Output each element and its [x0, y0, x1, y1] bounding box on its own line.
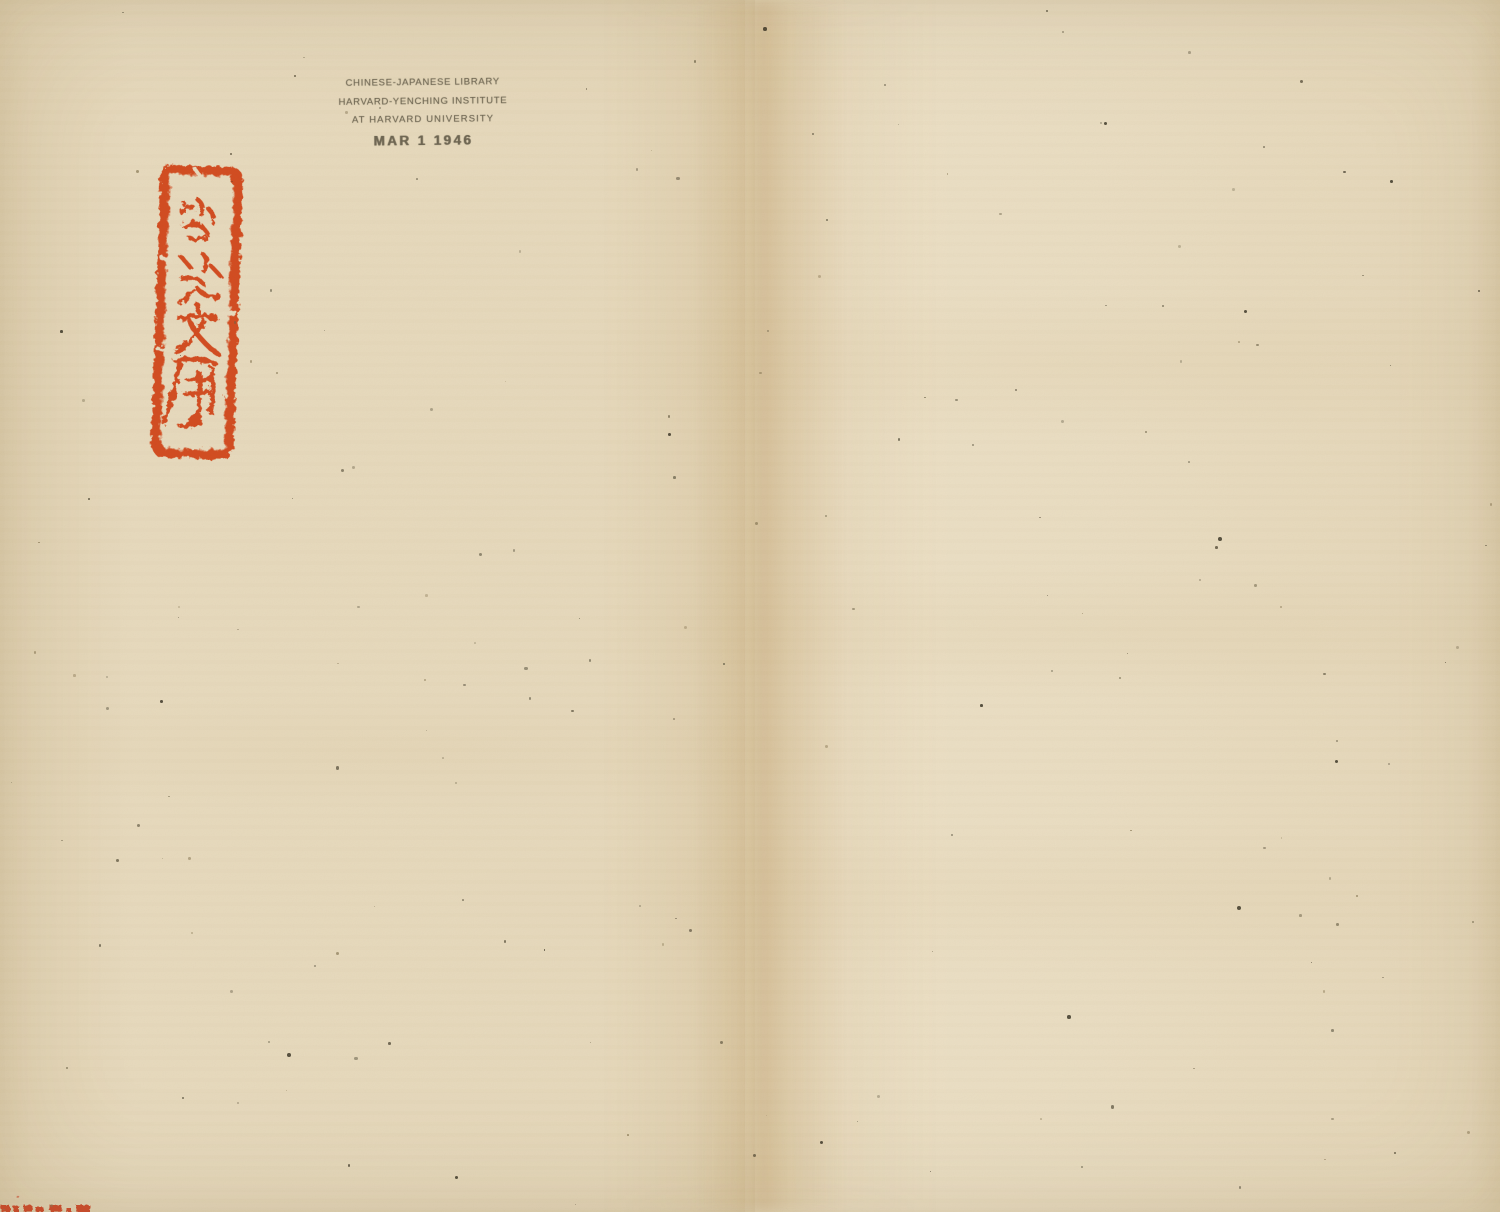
- paper-speck: [684, 626, 687, 629]
- paper-speck: [857, 1121, 858, 1122]
- paper-speck: [237, 1102, 239, 1104]
- paper-speck: [1188, 51, 1191, 54]
- paper-speck: [999, 213, 1002, 216]
- seal-character-3: [176, 303, 221, 354]
- paper-speck: [188, 857, 191, 860]
- paper-speck: [1215, 546, 1218, 549]
- paper-speck: [676, 177, 679, 180]
- paper-speck: [723, 663, 725, 665]
- paper-speck: [34, 651, 37, 654]
- paper-speck: [1145, 431, 1147, 433]
- stamp-line-3: AT HARVARD UNIVERSITY: [337, 110, 509, 130]
- paper-speck: [951, 834, 953, 836]
- paper-speck: [1281, 837, 1282, 838]
- paper-speck: [877, 1095, 880, 1098]
- seal-character-2: [179, 252, 221, 303]
- paper-speck: [1394, 1152, 1396, 1154]
- paper-speck: [575, 1204, 577, 1206]
- paper-speck: [1324, 1159, 1325, 1160]
- paper-speck: [1105, 305, 1107, 307]
- paper-speck: [1244, 310, 1247, 313]
- paper-speck: [341, 469, 344, 472]
- paper-speck: [673, 718, 675, 720]
- paper-speck: [972, 444, 974, 446]
- paper-speck: [1119, 677, 1122, 680]
- paper-speck: [1180, 360, 1182, 362]
- paper-speck: [1382, 977, 1384, 979]
- paper-speck: [1445, 662, 1446, 663]
- paper-speck: [1188, 461, 1190, 463]
- paper-speck: [1040, 1118, 1042, 1120]
- paper-speck: [1331, 1029, 1334, 1032]
- paper-speck: [884, 84, 885, 85]
- paper-speck: [759, 372, 762, 375]
- paper-speck: [270, 289, 273, 292]
- paper-speck: [1239, 1186, 1242, 1189]
- paper-speck: [579, 618, 580, 619]
- paper-speck: [898, 438, 901, 441]
- paper-speck: [237, 629, 238, 630]
- paper-speck: [1162, 305, 1164, 307]
- paper-speck: [1478, 290, 1480, 292]
- paper-speck: [513, 549, 516, 552]
- paper-speck: [1336, 740, 1338, 742]
- paper-speck: [61, 840, 62, 841]
- paper-speck: [178, 606, 180, 608]
- paper-speck: [354, 1057, 357, 1060]
- paper-speck: [1343, 171, 1346, 174]
- paper-speck: [348, 1164, 351, 1167]
- paper-speck: [230, 990, 233, 993]
- paper-speck: [924, 397, 925, 398]
- scanned-page-spread: CHINESE-JAPANESE LIBRARY HARVARD-YENCHIN…: [0, 0, 1500, 1212]
- collector-seal: [146, 159, 248, 464]
- paper-speck: [292, 498, 293, 499]
- paper-speck: [753, 1154, 756, 1157]
- paper-speck: [767, 330, 768, 331]
- paper-speck: [1331, 1118, 1333, 1120]
- paper-speck: [1127, 653, 1129, 655]
- paper-speck: [388, 1042, 391, 1045]
- paper-speck: [250, 360, 253, 363]
- paper-speck: [590, 1042, 591, 1043]
- paper-speck: [1039, 517, 1041, 519]
- paper-speck: [1178, 245, 1181, 248]
- paper-speck: [586, 88, 587, 89]
- paper-speck: [636, 168, 639, 171]
- paper-speck: [430, 408, 433, 411]
- paper-speck: [324, 330, 325, 331]
- paper-speck: [1062, 31, 1064, 33]
- paper-speck: [947, 173, 948, 174]
- paper-speck: [571, 710, 574, 713]
- paper-speck: [294, 75, 296, 77]
- stamp-line-1: CHINESE-JAPANESE LIBRARY: [337, 73, 509, 93]
- paper-speck: [136, 170, 139, 173]
- paper-speck: [825, 515, 827, 517]
- paper-speck: [1100, 122, 1102, 124]
- paper-speck: [820, 1141, 823, 1144]
- paper-speck: [1335, 760, 1338, 763]
- paper-speck: [519, 250, 522, 253]
- paper-speck: [651, 150, 652, 151]
- paper-speck: [463, 684, 466, 687]
- paper-speck: [1456, 646, 1459, 649]
- paper-speck: [337, 663, 339, 665]
- paper-speck: [1130, 830, 1132, 832]
- paper-speck: [160, 700, 163, 703]
- paper-speck: [1485, 545, 1486, 546]
- paper-speck: [1104, 122, 1107, 125]
- paper-speck: [352, 466, 355, 469]
- paper-speck: [1299, 914, 1302, 917]
- paper-speck: [1193, 1068, 1194, 1069]
- paper-speck: [826, 219, 828, 221]
- paper-speck: [122, 12, 124, 14]
- paper-speck: [1336, 923, 1339, 926]
- paper-speck: [137, 824, 140, 827]
- paper-speck: [627, 1134, 629, 1136]
- paper-speck: [11, 782, 12, 783]
- paper-speck: [66, 1067, 68, 1069]
- paper-speck: [1472, 921, 1474, 923]
- paper-speck: [162, 858, 164, 860]
- paper-speck: [694, 60, 697, 63]
- paper-speck: [1390, 180, 1393, 183]
- paper-speck: [479, 553, 482, 556]
- paper-speck: [416, 178, 418, 180]
- paper-speck: [455, 1176, 458, 1179]
- paper-speck: [766, 1115, 767, 1116]
- paper-speck: [1238, 341, 1240, 343]
- paper-speck: [662, 943, 664, 945]
- paper-speck: [544, 949, 546, 951]
- paper-speck: [1061, 420, 1064, 423]
- right-page-tint: [755, 0, 1500, 1212]
- paper-speck: [639, 905, 641, 907]
- paper-speck: [818, 275, 821, 278]
- paper-speck: [374, 906, 375, 907]
- paper-speck: [1362, 275, 1363, 276]
- paper-speck: [60, 330, 63, 333]
- paper-speck: [276, 372, 278, 374]
- paper-speck: [955, 399, 957, 401]
- paper-speck: [182, 1097, 183, 1098]
- paper-speck: [106, 676, 108, 678]
- paper-speck: [1046, 10, 1048, 12]
- paper-speck: [82, 399, 85, 402]
- paper-speck: [1388, 763, 1390, 765]
- paper-speck: [88, 498, 90, 500]
- paper-speck: [930, 1171, 931, 1172]
- paper-speck: [1256, 344, 1258, 346]
- paper-speck: [1263, 146, 1265, 148]
- paper-speck: [314, 965, 316, 967]
- paper-speck: [99, 944, 102, 947]
- paper-speck: [932, 951, 933, 952]
- paper-speck: [1311, 962, 1313, 964]
- paper-speck: [442, 757, 444, 759]
- paper-speck: [720, 1041, 723, 1044]
- bottom-edge-red-fragments: [0, 1194, 130, 1212]
- paper-speck: [474, 642, 476, 644]
- paper-speck: [852, 608, 855, 611]
- paper-speck: [1329, 877, 1331, 879]
- paper-speck: [1323, 673, 1325, 675]
- paper-speck: [230, 153, 232, 155]
- paper-speck: [689, 929, 692, 932]
- paper-speck: [675, 918, 676, 919]
- paper-speck: [336, 766, 339, 769]
- paper-speck: [1467, 1131, 1470, 1134]
- paper-speck: [455, 782, 457, 784]
- paper-speck: [505, 381, 506, 382]
- paper-speck: [1111, 1105, 1114, 1108]
- paper-speck: [1237, 906, 1241, 910]
- left-page-tint: [0, 0, 745, 1212]
- paper-speck: [424, 679, 426, 681]
- paper-speck: [668, 433, 671, 436]
- paper-speck: [825, 745, 828, 748]
- paper-speck: [116, 859, 119, 862]
- paper-speck: [38, 542, 39, 543]
- paper-speck: [168, 796, 169, 797]
- paper-speck: [1015, 389, 1017, 391]
- paper-speck: [1390, 365, 1392, 367]
- paper-speck: [303, 57, 304, 58]
- paper-speck: [1082, 613, 1083, 614]
- seal-character-1: [180, 198, 216, 240]
- paper-speck: [426, 730, 427, 731]
- paper-speck: [673, 476, 676, 479]
- paper-speck: [589, 659, 592, 662]
- paper-speck: [336, 952, 339, 955]
- paper-speck: [1232, 188, 1235, 191]
- paper-speck: [1490, 503, 1493, 506]
- paper-speck: [178, 617, 179, 618]
- center-fold-halo: [615, 0, 925, 1212]
- paper-speck: [812, 133, 814, 135]
- paper-speck: [755, 522, 758, 525]
- library-stamp: CHINESE-JAPANESE LIBRARY HARVARD-YENCHIN…: [337, 73, 510, 148]
- paper-speck: [524, 667, 527, 670]
- paper-speck: [898, 124, 899, 125]
- paper-speck: [287, 1053, 291, 1057]
- paper-speck: [668, 415, 670, 417]
- paper-speck: [980, 704, 983, 707]
- paper-speck: [1047, 595, 1048, 596]
- paper-speck: [357, 606, 359, 608]
- paper-speck: [268, 1041, 270, 1043]
- paper-speck: [529, 697, 531, 699]
- paper-speck: [1356, 895, 1358, 897]
- paper-speck: [763, 27, 767, 31]
- paper-speck: [73, 674, 76, 677]
- stamp-line-2: HARVARD-YENCHING INSTITUTE: [337, 92, 509, 112]
- paper-speck: [504, 940, 507, 943]
- paper-speck: [191, 932, 193, 934]
- paper-speck: [425, 594, 428, 597]
- paper-speck: [1067, 1015, 1071, 1019]
- paper-speck: [106, 707, 109, 710]
- paper-speck: [1280, 606, 1282, 608]
- paper-speck: [1051, 670, 1053, 672]
- paper-speck: [1081, 1166, 1084, 1169]
- paper-speck: [1218, 537, 1222, 541]
- paper-speck: [1263, 847, 1266, 850]
- paper-speck: [1323, 990, 1326, 993]
- seal-character-4: [164, 358, 214, 427]
- center-fold: [693, 0, 843, 1212]
- paper-speck: [286, 1090, 288, 1092]
- paper-speck: [1300, 80, 1303, 83]
- paper-speck: [462, 899, 464, 901]
- paper-speck: [1199, 579, 1201, 581]
- stamp-date: MAR 1 1946: [337, 132, 509, 149]
- paper-speck: [1254, 584, 1257, 587]
